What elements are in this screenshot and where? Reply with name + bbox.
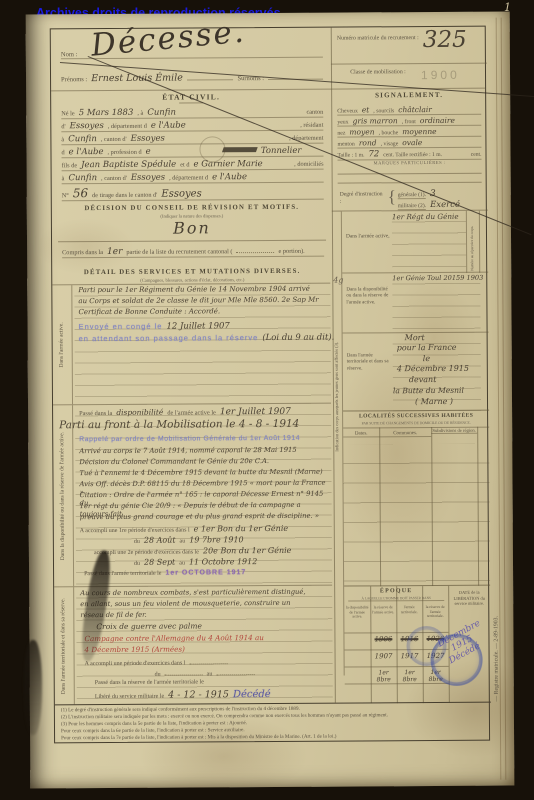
handwritten-text: Essoyes [131,173,165,183]
printed-text: fils de [62,162,78,169]
handwritten-text: 72 [368,149,379,159]
matricule-label: Numéro matricule du recrutement : [337,35,419,43]
printed-text: A accompli une période d'exercices dans … [85,661,186,668]
etat-civil-line: d e l'Aube , profession d e Tonnelier [61,146,323,159]
etat-civil-line: N° 56 de tirage dans le canton d' Essoye… [62,185,324,202]
printed-text: et d [180,161,189,168]
prenoms-value: Ernest Louis Émile [91,73,183,85]
printed-text: nez [337,131,345,137]
printed-text: , sourcils [373,108,394,114]
printed-text: , canton d' [101,175,127,182]
mort-entry: la Butte du Mesnil [393,386,464,395]
handwritten-text: 28 Sept [144,558,175,567]
struck-word [222,147,258,152]
service-entry: réseau de fil de fer. [80,610,330,620]
handwritten-text: e l'Aube [212,172,247,182]
handwritten-text: Essoyes [70,121,104,131]
service-entry: Au cours de nombreux combats, s'est part… [80,588,330,598]
printed-text: , bouche [379,130,399,136]
empty-rows [343,444,490,587]
printed-text: d [61,149,64,156]
printed-text: de l'armée active le [167,409,216,416]
service-entry: Tué à l'ennemi le 4 Décembre 1915 devant… [79,468,329,478]
handwritten-text: 1er [107,247,122,257]
service-entry: preuve du plus grand courage et du plus … [80,512,330,522]
footnotes-box: (1) Le degré d'instruction générale sera… [55,702,491,745]
services-title: DÉTAIL DES SERVICES ET MUTATIONS DIVERSE… [52,268,332,277]
signalement-row: Cheveux et , sourcils châtclair [337,105,481,116]
services-dispo-box: Dans la disponibilité ou dans la réserve… [53,403,332,587]
printed-text: Libéré du service militaire le [95,694,164,700]
handwritten-text: Tonnelier [261,146,302,156]
printed-text: de tirage dans le canton d' [92,192,157,199]
classe-label: Classe de mobilisation : [337,69,419,77]
handwritten-text: e 1er Bon du 1er Génie [194,524,288,534]
handwritten-text: e Garnier Marie [193,159,262,169]
printed-text: , département d [169,174,208,181]
margin-imprint: — Registre matricule. — 2-89-1903. [493,517,500,702]
printed-text: Compris dans la [62,249,103,256]
compris-line: Compris dans la 1er partie de la liste d… [62,246,324,259]
service-entry: au Corps et soldat de 2e classe le dit j… [78,296,328,306]
handwritten-text: et [362,105,370,114]
corps-active-row: Dans l'armée active, 1er Régt du Génie N… [342,210,488,273]
service-entry: Parti pour le 1er Régiment du Génie le 1… [78,285,328,295]
signalement-row: nez moyen , bouche moyenne [337,127,481,138]
handwritten-text: disponibilité [116,408,163,417]
form-frame: Nom : Décesse. Prénoms : Ernest Louis Ém… [50,26,490,744]
handwritten-text: moyenne [402,127,436,136]
handwritten-text: e [146,147,151,157]
corps-terr-row: Dans l'armée territoriale et dans sa rés… [343,332,489,411]
epoque-col4-header: la réserve de l'armée territoriale. [423,605,447,619]
handwritten-text: rond [359,138,377,147]
round-ink-stamp [430,634,482,686]
handwritten-text: moyen [349,127,374,136]
printed-text: du [155,672,161,678]
taille-row: Taille : 1 m. 72 cent. Taille rectifiée … [337,149,481,161]
epoque-value: 1907 [373,652,395,660]
epoque-col3-header: l'armée territoriale. [397,605,421,614]
handwritten-text: ordinaire [420,116,455,125]
terr-box-label-cell: Dans l'armée territoriale et dans sa rés… [54,587,75,704]
etat-civil-line: fils de Jean Baptiste Spédule et d e Gar… [62,159,324,172]
printed-text: menton [337,141,354,147]
handwritten-text: châtclair [398,105,432,114]
corps-dispo-label: Dans la disponibilité ou dans la réserve… [346,287,390,306]
printed-text: au [207,671,213,677]
corps-active-label: Dans l'armée active, [346,233,390,240]
blank-field [216,668,254,675]
rule [58,240,326,243]
prenoms-label: Prénoms : [61,76,87,83]
printed-text: Passé dans la [79,410,112,417]
date-stamp: 1er OCTOBRE 1917 [165,569,246,576]
localites-col-dates: Dates. [343,431,379,437]
mort-entry: devant [409,375,437,384]
localites-subtitle: PAR SUITE DE CHANGEMENTS DE DOMICILE OU … [343,421,489,426]
document-page: — Registre matricule. — 2-89-1903. Nom :… [26,12,515,789]
service-entry: Parti au front à la Mobilisation le 4 - … [59,418,329,432]
corps-dispo-value: 1er Génie Toul 20159 1903 [392,274,484,283]
service-entry: Certificat de Bonne Conduite : Accordé. [78,307,328,317]
handwritten-text: 4 - 12 - 1915 [168,689,229,700]
printed-text: du [134,539,140,545]
handwritten-text: Cunfin [147,108,176,118]
printed-text: , domiciliés [294,161,323,168]
printed-text: cent. [471,152,482,158]
printed-text: , profession d [107,149,141,156]
printed-text: , résidant [300,122,323,129]
printed-text: partie de la liste du recrutement canton… [126,248,232,256]
faint-round-stamp [199,136,225,162]
printed-text: accompli une 2e période d'exercices dans… [94,549,199,556]
printed-text: au [179,561,185,567]
printed-text: au [180,539,186,545]
etat-civil-line: à Cunfin , canton d' Essoyes , départeme… [62,172,324,185]
handwritten-text: 12 Juillet 1907 [166,321,229,331]
epoque-table: ÉPOQUE À LAQUELLE L'HOMME DOIT PASSER DA… [344,585,491,703]
blank-field [236,246,274,253]
handwritten-text: Essoyes [131,134,165,144]
localites-col-communes: Communes. [379,431,431,437]
handwritten-text: Cunfin [68,173,97,183]
printed-text: e portion). [278,248,304,255]
corps-terr-label: Dans l'armée territoriale et dans sa rés… [347,353,391,372]
mort-entry: ( Marne ) [415,397,453,406]
handwritten-text: 28 Août [144,536,176,545]
printed-text: d' [61,123,65,130]
mort-entry: le [423,354,430,363]
signalement-row: yeux gris marron , front ordinaire [337,116,481,127]
printed-text: , visage [381,141,399,147]
table-grid [396,586,398,703]
localites-col-subdiv: Subdivisions de région. [431,428,477,435]
table-grid [370,586,372,703]
handwritten-text: 11 Octobre 1912 [189,557,257,566]
handwritten-text: 19 7bre 1910 [189,535,243,544]
printed-text: N° [62,192,69,199]
etat-civil-line: d' Essoyes , département d e l'Aube , ré… [61,120,323,133]
decision-title: DÉCISION DU CONSEIL DE RÉVISION ET MOTIF… [52,204,332,213]
printed-text: , canton d' [101,136,127,143]
epoque-col2-header: la réserve de l'armée active. [371,605,395,614]
printed-text: à [62,175,65,182]
mort-entry: 4 Décembre 1915 [397,364,469,373]
printed-text: , département d [108,123,147,130]
printed-text: Passé dans la réserve de l'armée territo… [95,679,204,686]
epoque-col1-header: la disponibilité de l'armée active. [345,605,369,619]
active-box-label-cell: Dans l'armée active. [52,285,73,404]
handwritten-text: 20e Bon du 1er Génie [203,546,291,556]
printed-text: cent. Taille rectifiée : 1 m. [383,152,442,158]
ink-smudge [24,640,42,735]
printed-text: , à [137,110,143,117]
handwritten-text: Décédé [233,689,271,700]
stamp-text: Envoyé en congé le [79,322,163,332]
corps-dispo-row: Dans la disponibilité ou dans la réserve… [342,272,488,333]
services-active-box: Dans l'armée active. Parti pour le 1er R… [52,283,331,405]
rule [338,182,482,184]
stamp-text: en attendant son passage dans la réserve [79,333,259,343]
service-entry: Croix de guerre avec palme [96,621,326,631]
printed-text: A accompli une 1re période d'exercices d… [80,527,190,534]
dispo-box-label: Dans la disponibilité ou dans la réserve… [59,416,67,576]
blank-field [189,657,227,664]
localites-table: LOCALITÉS SUCCESSIVES HABITÉES PAR SUITE… [343,410,490,586]
corps-active-value: 1er Régt du Génie [392,212,468,221]
corps-side-label: Indication des corps auxquels les jeunes… [333,222,339,452]
handwritten-text: 1er Juillet 1907 [220,407,291,417]
terr-box-label: Dans l'armée territoriale et dans sa rés… [60,594,68,698]
page-edge [501,18,507,780]
handwritten-text: Jean Baptiste Spédule [81,160,176,171]
printed-text: canton [306,109,323,116]
signalement-row: menton rond , visage ovale [337,138,481,149]
epoque-date-header: DATE de la LIBÉRATION du service militai… [450,590,488,607]
handwritten-text: 56 [73,186,88,200]
generale-label: générale (1). [398,192,426,199]
footnote: Pour ceux compris dans la 7e partie de l… [61,733,485,743]
divider [331,63,487,65]
handwritten-text: (Loi du 9 au dit). [262,333,334,343]
decision-value-handwriting: Bon [52,218,332,239]
blank-field [165,668,203,675]
service-entry: Arrivé au corps le 7 Août 1914, nommé ca… [79,446,329,456]
instruction-label: Degré d'instruction : [340,191,384,205]
matricule-value: 325 [423,27,467,53]
classe-value: 1900 [421,68,460,82]
printed-text: Cheveux [337,108,358,114]
service-entry: en allant, sous un feu violent de mousqu… [80,599,330,609]
handwritten-text: Essoyes [161,188,201,199]
handwritten-text: e l'Aube [69,147,104,157]
handwritten-text: Cunfin [68,134,97,144]
active-box-label: Dans l'armée active. [59,322,66,367]
printed-text: yeux [337,120,348,126]
epoque-value: 1er 8bre [399,669,421,683]
service-entry: Décision du Colonel Commandant le Génie … [79,457,329,467]
rule [338,173,482,175]
printed-text: , front [402,119,416,125]
printed-text: Né le [61,110,75,117]
epoque-value: 1906 [372,635,394,643]
repertoire-label: Numéro au répertoire du corps. [470,213,474,271]
repertoire-col: Numéro au répertoire du corps. [466,211,480,273]
etat-civil-line: Né le 5 Mars 1883 , à Cunfin canton [61,107,323,120]
dispo-box-label-cell: Dans la disponibilité ou dans la réserve… [53,405,74,586]
campagne-entry: 4 Décembre 1915 (Armées) [84,644,330,655]
handwritten-text: ovale [402,138,422,147]
campagne-entry: Campagne contre l'Allemagne du 4 Août 19… [84,633,330,644]
handwritten-text: gris marron [353,116,398,125]
brace: { [388,187,396,207]
mort-entry: Mort [405,333,425,342]
title-rule [179,102,203,103]
mort-entry: pour la France [397,343,457,352]
localites-title: LOCALITÉS SUCCESSIVES HABITÉES [343,413,489,420]
handwritten-text: e l'Aube [151,121,186,131]
epoque-value: 1er 8bre [373,669,395,683]
printed-text: à [61,136,64,143]
printed-text: du [134,561,140,567]
handwritten-text: 5 Mars 1883 [79,108,134,118]
